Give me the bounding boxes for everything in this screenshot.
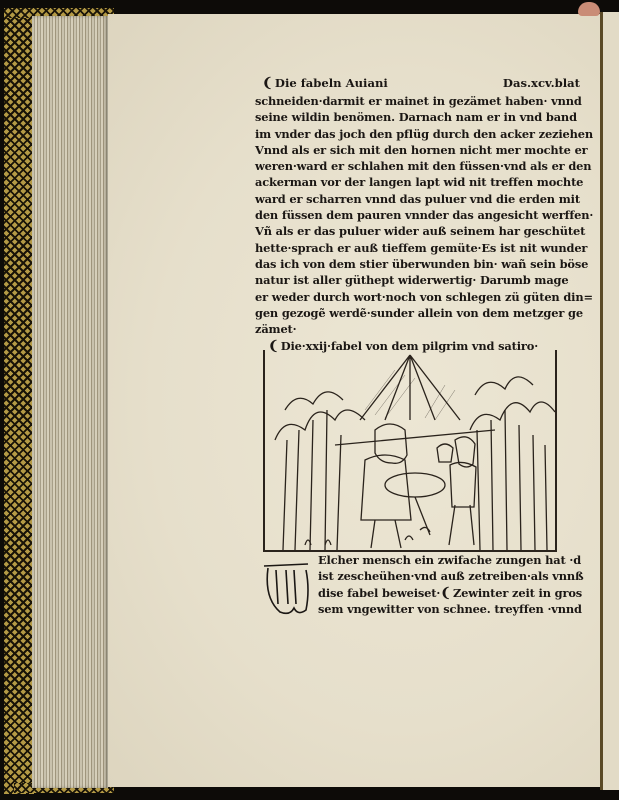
- text-line: Vñ als er das puluer wider auß seinem ha…: [255, 223, 593, 239]
- text-line: hette·sprach er auß tieffem gemüte·Es is…: [255, 240, 593, 256]
- text-line: ackerman vor der langen lapt wid nit tre…: [255, 174, 593, 190]
- text-line: weren·ward er schlahen mit den füssen·vn…: [255, 158, 593, 174]
- text-line: zämet·: [255, 321, 593, 337]
- page-stack-edge: [32, 16, 108, 788]
- text-line: dise fabel beweiset·❨Zewinter zeit in gr…: [318, 585, 584, 601]
- initial-w-icon: W: [262, 560, 312, 616]
- text-line: ist zescheühen·vnd auß zetreiben·als vnn…: [318, 568, 584, 584]
- text-line: seine wildin benömen. Darnach nam er in …: [255, 109, 593, 125]
- text-line: ward er scharren vnnd das puluer vnd die…: [255, 191, 593, 207]
- text-line: er weder durch wort·noch von schlegen zü…: [255, 289, 593, 305]
- text-line: im vnder das joch den pflüg durch den ac…: [255, 126, 593, 142]
- text-line: den füssen dem pauren vnnder das angesic…: [255, 207, 593, 223]
- text-line: gen gezogẽ werdẽ·sunder allein von dem m…: [255, 305, 593, 321]
- folio-number: Das.xcv.blat: [503, 76, 580, 90]
- woodcut-image: [265, 350, 555, 550]
- text-line: Elcher mensch ein zwifache zungen hat ·d: [318, 552, 584, 568]
- holder-finger: [578, 2, 600, 16]
- body-text: schneiden·darmit er mainet in gezämet ha…: [255, 93, 593, 337]
- paragraph-mark-icon: ❨: [262, 76, 273, 91]
- text-line: das ich von dem stier überwunden bin· wa…: [255, 256, 593, 272]
- fable-text: Elcher mensch ein zwifache zungen hat ·d…: [318, 552, 584, 617]
- woodcut-illustration: [263, 350, 557, 552]
- decorated-initial: W: [262, 560, 312, 616]
- running-header: ❨Die fabeln Auiani Das.xcv.blat: [262, 76, 580, 91]
- text-line: schneiden·darmit er mainet in gezämet ha…: [255, 93, 593, 109]
- paragraph-mark-icon: ❨: [440, 586, 451, 601]
- running-title: Die fabeln Auiani: [275, 76, 388, 90]
- text-line: natur ist aller güthept widerwertig· Dar…: [255, 272, 593, 288]
- book-cover-border: [4, 8, 34, 794]
- facing-page-edge: [603, 12, 619, 790]
- text-line: sem vngewitter von schnee. treyffen ·vnn…: [318, 601, 584, 617]
- text-line: Vnnd als er sich mit den hornen nicht me…: [255, 142, 593, 158]
